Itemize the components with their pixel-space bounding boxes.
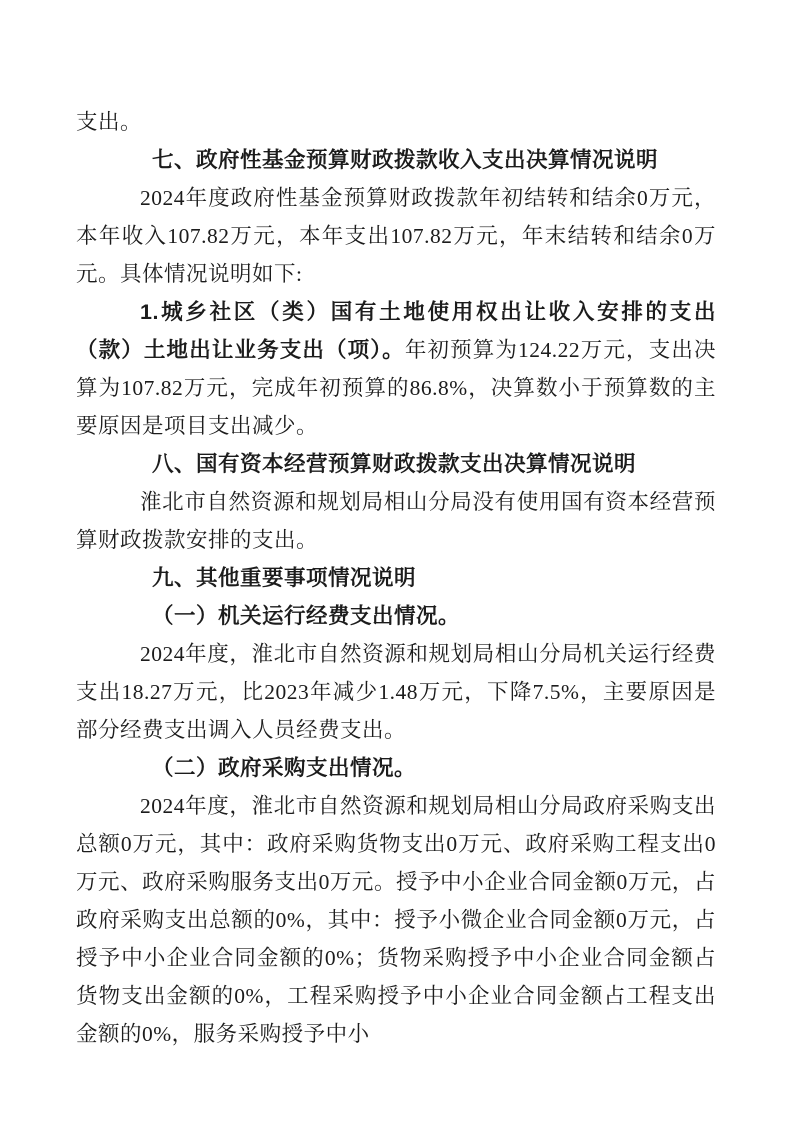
paragraph-procurement: 2024年度，淮北市自然资源和规划局相山分局政府采购支出总额0万元，其中：政府采…	[76, 787, 716, 1053]
paragraph-land-transfer: 1.城乡社区（类）国有土地使用权出让收入安排的支出（款）土地出让业务支出（项）。…	[76, 293, 716, 445]
section-heading-eight: 八、国有资本经营预算财政拨款支出决算情况说明	[76, 445, 716, 483]
paragraph-state-capital: 淮北市自然资源和规划局相山分局没有使用国有资本经营预算财政拨款安排的支出。	[76, 483, 716, 559]
paragraph-gov-fund-summary: 2024年度政府性基金预算财政拨款年初结转和结余0万元，本年收入107.82万元…	[76, 179, 716, 293]
subsection-heading-two-procurement: （二）政府采购支出情况。	[76, 749, 716, 787]
paragraph-operating-expense: 2024年度，淮北市自然资源和规划局相山分局机关运行经费支出18.27万元，比2…	[76, 635, 716, 749]
section-heading-seven: 七、政府性基金预算财政拨款收入支出决算情况说明	[76, 141, 716, 179]
section-heading-nine: 九、其他重要事项情况说明	[76, 559, 716, 597]
document-page: 支出。 七、政府性基金预算财政拨款收入支出决算情况说明 2024年度政府性基金预…	[0, 0, 793, 1122]
paragraph-continuation: 支出。	[76, 103, 716, 141]
subsection-heading-one-operating-expense: （一）机关运行经费支出情况。	[76, 597, 716, 635]
